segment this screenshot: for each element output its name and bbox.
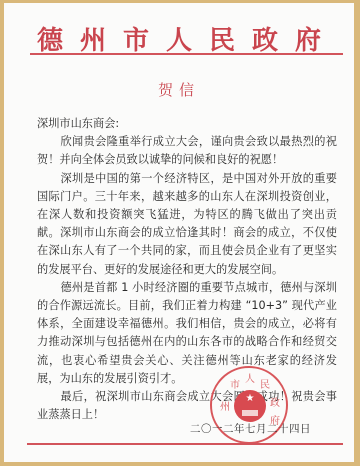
seal-char: 人 — [245, 370, 255, 385]
letter-body: 深圳市山东商会: 欣闻贵会隆重举行成立大会，谨向贵会致以最热烈的祝贺！并向全体会… — [37, 115, 337, 424]
paragraph-3: 德州是首都 1 小时经济圈的重要节点城市，德州与深圳的合作源远流长。目前，我们正… — [37, 279, 337, 388]
paragraph-2: 深圳是中国的第一个经济特区，是中国对外开放的重要国际门户。三十年来，越来越多的山… — [37, 170, 337, 279]
paragraph-4: 最后，祝深圳市山东商会成立大会圆满成功！祝贵会事业蒸蒸日上！ — [37, 388, 337, 424]
document-type: 贺信 — [4, 79, 354, 100]
seal-char: 政 — [270, 394, 280, 409]
salutation: 深圳市山东商会: — [37, 115, 337, 133]
paragraph-1: 欣闻贵会隆重举行成立大会，谨向贵会致以最热烈的祝贺！并向全体会员致以诚挚的问候和… — [37, 133, 337, 169]
letter-date: 二〇一二年七月二十四日 — [190, 421, 311, 436]
issuer-title: 德州市人民政府 — [4, 20, 354, 57]
seal-char: 州 — [220, 398, 230, 413]
seal-char: 民 — [260, 376, 270, 391]
seal-char: 市 — [230, 376, 240, 391]
header-red-rule — [30, 53, 343, 55]
national-emblem-icon: ★ — [234, 390, 266, 422]
footer-red-rule — [27, 443, 343, 445]
letter-page: 德州市人民政府 贺信 深圳市山东商会: 欣闻贵会隆重举行成立大会，谨向贵会致以最… — [4, 3, 354, 462]
